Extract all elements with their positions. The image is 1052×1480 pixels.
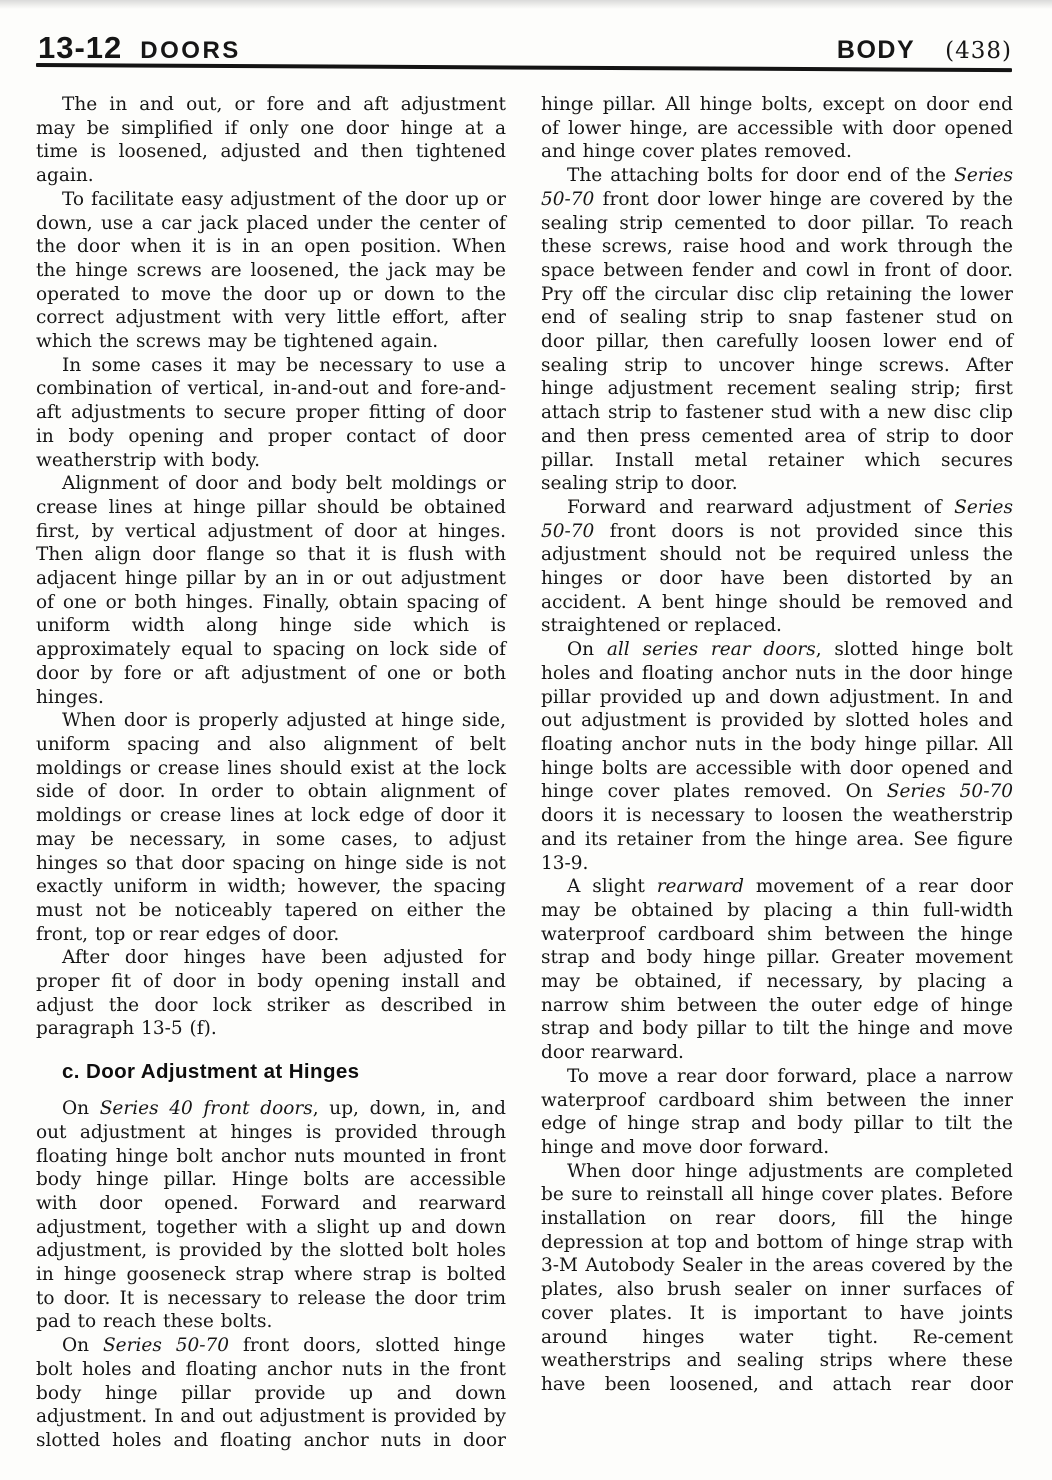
text-run: doors it is necessary to loosen the weat… — [541, 805, 1013, 873]
paragraph: The in and out, or fore and aft adjustme… — [36, 93, 506, 188]
text-run: In some cases it may be necessary to use… — [36, 355, 506, 471]
header-left: 13-12 DOORS — [38, 30, 241, 66]
text-run: The in and out, or fore and aft adjustme… — [36, 94, 506, 186]
text-run: When door is properly adjusted at hinge … — [36, 710, 506, 944]
italic-run: rearward — [657, 876, 744, 897]
text-run: , up, down, in, and out adjustment at hi… — [36, 1098, 506, 1332]
text-run: To move a rear door forward, place a nar… — [541, 1066, 1013, 1158]
subsection-heading: c. Door Adjustment at Hinges — [62, 1060, 506, 1084]
left-column: The in and out, or fore and aft adjustme… — [36, 93, 506, 1453]
paragraph: On Series 40 front doors, up, down, in, … — [36, 1097, 506, 1334]
text-run: movement of a rear door may be obtained … — [541, 876, 1013, 1063]
paragraph: To move a rear door forward, place a nar… — [541, 1065, 1013, 1160]
paragraph: After door hinges have been adjusted for… — [36, 946, 506, 1041]
text-run: On — [62, 1098, 100, 1119]
page-number: (438) — [945, 38, 1012, 64]
text-run: Forward and rearward adjustment of — [567, 497, 954, 518]
text-run: The attaching bolts for door end of the — [567, 165, 954, 186]
page-header: 13-12 DOORS BODY (438) — [38, 30, 1012, 66]
paragraph: To facilitate easy adjustment of the doo… — [36, 188, 506, 354]
text-run: A slight — [567, 876, 657, 897]
text-run: On — [62, 1335, 103, 1356]
paragraph: Alignment of door and body belt moldings… — [36, 472, 506, 709]
text-run: Alignment of door and body belt moldings… — [36, 473, 506, 707]
section-number: 13-12 — [38, 30, 122, 66]
paragraph: In some cases it may be necessary to use… — [36, 354, 506, 473]
manual-page: 13-12 DOORS BODY (438) The in and out, o… — [0, 0, 1052, 1480]
paragraph: A slight rearward movement of a rear doo… — [541, 875, 1013, 1065]
paragraph: The attaching bolts for door end of the … — [541, 164, 1013, 496]
section-title: DOORS — [140, 37, 241, 65]
paragraph: When door is properly adjusted at hinge … — [36, 709, 506, 946]
text-run: When door hinge adjustments are complete… — [541, 1161, 1013, 1395]
right-column: hinge pillar. All hinge bolts, except on… — [541, 93, 1013, 1453]
italic-run: Series 50-70 — [103, 1335, 229, 1356]
text-run: front doors is not provided since this a… — [541, 521, 1013, 637]
text-run: front door lower hinge are covered by th… — [541, 189, 1013, 494]
paragraph: Forward and rearward adjustment of Serie… — [541, 496, 1013, 638]
paragraph: When door hinge adjustments are complete… — [541, 1160, 1013, 1397]
text-columns: The in and out, or fore and aft adjustme… — [36, 93, 1013, 1453]
scan-edge-artifact — [0, 0, 1052, 9]
text-run: On — [567, 639, 607, 660]
header-right: BODY (438) — [837, 36, 1012, 65]
paragraph: On all series rear doors, slotted hinge … — [541, 638, 1013, 875]
paragraph: On Series 50-70 front doors, slotted hin… — [36, 1334, 506, 1453]
paragraph: hinge pillar. All hinge bolts, except on… — [541, 93, 1013, 164]
chapter-title: BODY — [837, 36, 915, 65]
italic-run: Series 50-70 — [887, 781, 1013, 802]
text-run: After door hinges have been adjusted for… — [36, 947, 506, 1039]
italic-run: all series rear doors — [607, 639, 816, 660]
text-run: hinge pillar. All hinge bolts, except on… — [541, 94, 1013, 162]
text-run: To facilitate easy adjustment of the doo… — [36, 189, 506, 352]
text-run: , slotted hinge bolt holes and floating … — [541, 639, 1013, 802]
italic-run: Series 40 front doors — [100, 1098, 313, 1119]
